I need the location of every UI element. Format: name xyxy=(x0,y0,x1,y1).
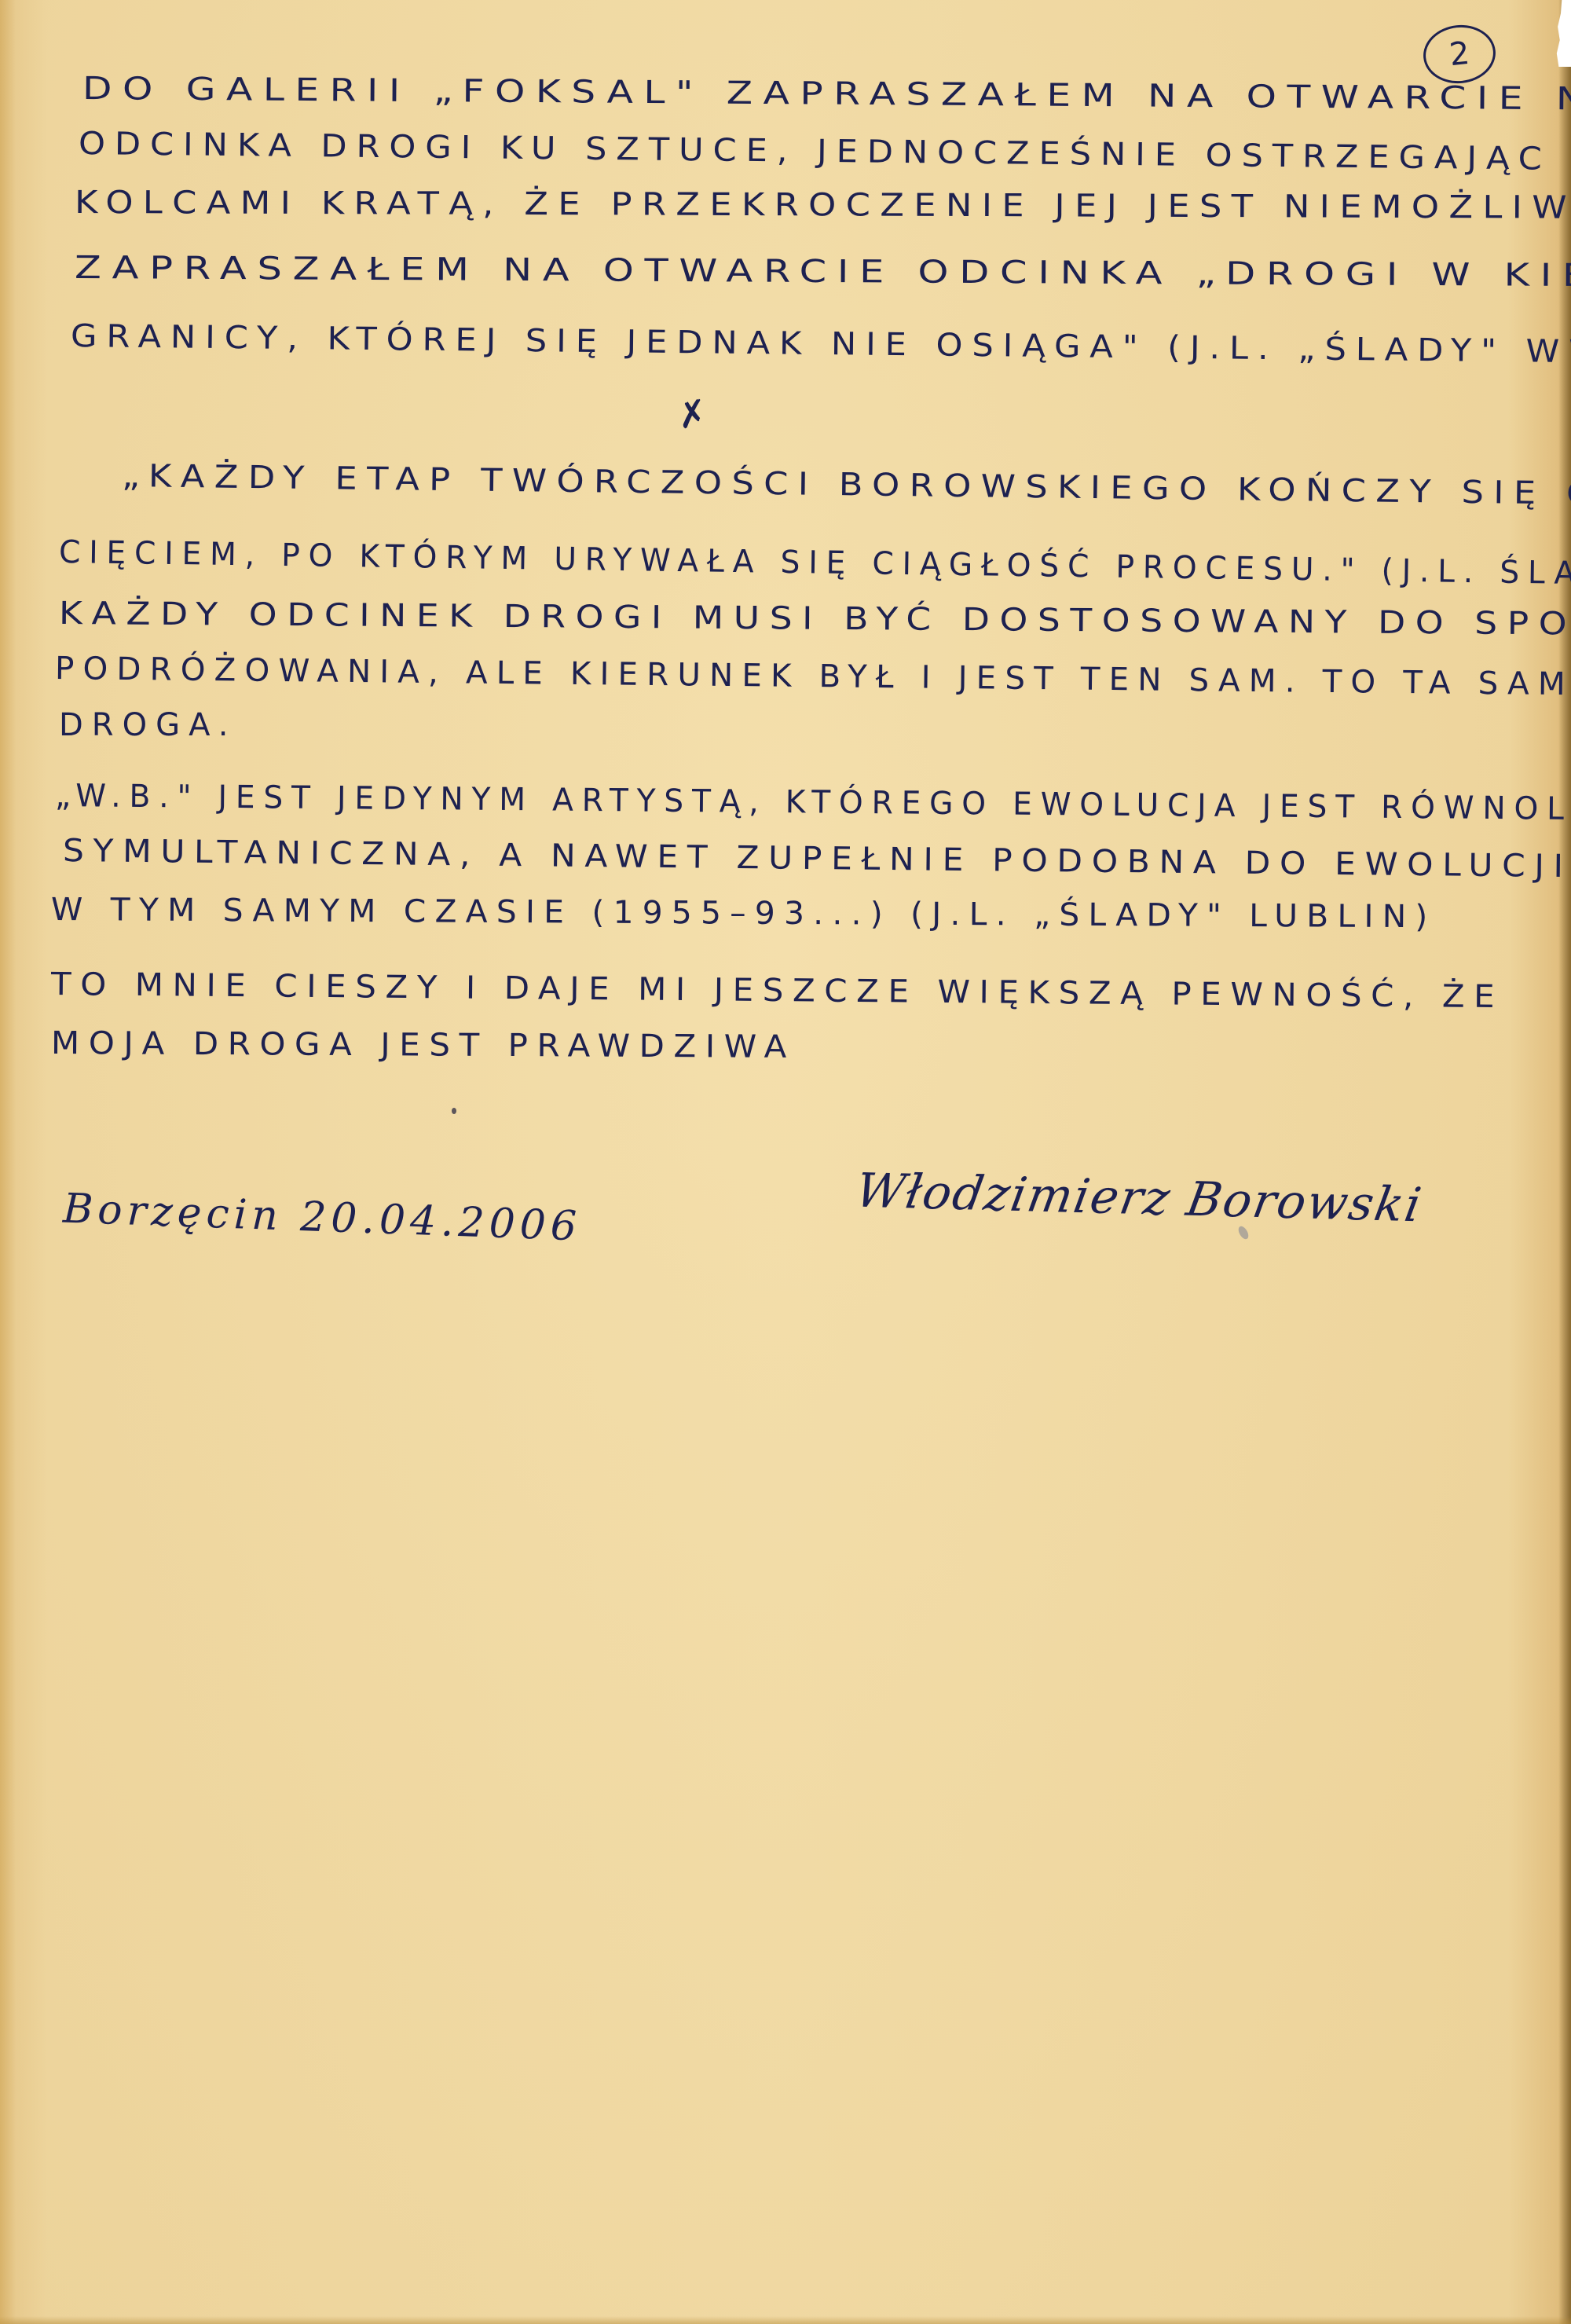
letter-line: „W.B." JEST JEDYNYM ARTYSTĄ, KTÓREGO EWO… xyxy=(55,778,1571,828)
letter-line: ODCINKA DROGI KU SZTUCE, JEDNOCZEŚNIE OS… xyxy=(79,126,1571,180)
letter-line: SYMULTANICZNA, A NAWET ZUPEŁNIE PODOBNA … xyxy=(63,833,1571,887)
letter-line: DROGA. xyxy=(59,707,236,743)
signature: Włodzimierz Borowski xyxy=(851,1164,1426,1233)
letter-line: W TYM SAMYM CZASIE (1955–93...) (J.L. „Ś… xyxy=(51,892,1437,935)
paper-sheet: 2 DO GALERII „FOKSAL" ZAPRASZAŁEM NA OTW… xyxy=(0,0,1571,2324)
letter-line: KAŻDY ODCINEK DROGI MUSI BYĆ DOSTOSOWANY… xyxy=(59,596,1571,643)
page-number-circle: 2 xyxy=(1420,21,1498,86)
place-and-date: Borzęcin 20.04.2006 xyxy=(62,1186,582,1251)
letter-line: TO MNIE CIESZY I DAJE MI JESZCZE WIĘKSZĄ… xyxy=(51,966,1504,1015)
paper-bottom-edge xyxy=(0,2316,1571,2324)
letter-line: PODRÓŻOWANIA, ALE KIERUNEK BYŁ I JEST TE… xyxy=(55,651,1571,703)
letter-line: ZAPRASZAŁEM NA OTWARCIE ODCINKA „DROGI W… xyxy=(75,250,1571,295)
letter-line: DO GALERII „FOKSAL" ZAPRASZAŁEM NA OTWAR… xyxy=(82,71,1571,119)
letter-line: KOLCAMI KRATĄ, ŻE PRZEKROCZENIE JEJ JEST… xyxy=(75,185,1571,226)
letter-line: CIĘCIEM, PO KTÓRYM URYWAŁA SIĘ CIĄGŁOŚĆ … xyxy=(59,534,1571,595)
page-number: 2 xyxy=(1448,35,1471,73)
letter-line: MOJA DROGA JEST PRAWDZIWA xyxy=(51,1025,796,1065)
torn-corner xyxy=(1551,0,1571,67)
ink-spot xyxy=(452,1108,456,1114)
separator-mark: ✗ xyxy=(674,390,711,438)
letter-line: GRANICY, KTÓREJ SIĘ JEDNAK NIE OSIĄGA" (… xyxy=(71,318,1571,371)
letter-line: „KAŻDY ETAP TWÓRCZOŚCI BOROWSKIEGO KOŃCZ… xyxy=(122,458,1571,515)
